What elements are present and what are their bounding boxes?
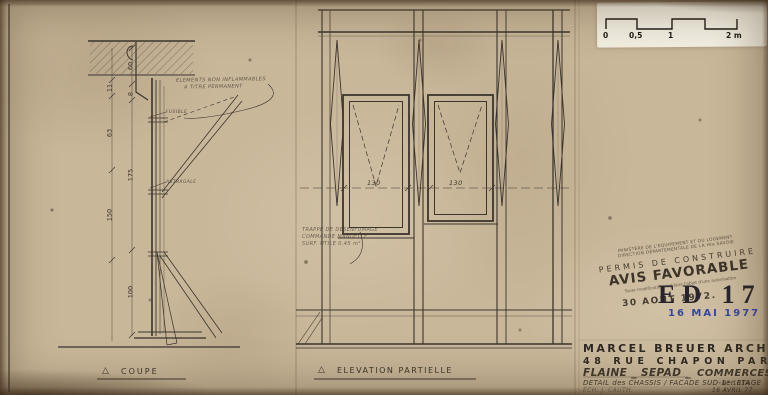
dim-11: 11 (106, 84, 113, 92)
scale-tick-05: 0,5 (629, 32, 642, 41)
dim-175: 175 (127, 169, 134, 181)
coupe-note-line2: A TITRE PERMANENT (184, 84, 243, 91)
dim-63: 63 (106, 129, 113, 137)
elevation-dim-130-right: 130 (449, 180, 463, 187)
scale-tick-2m: 2 m (726, 32, 742, 41)
dim-8: 8 (127, 92, 134, 96)
coupe-section-mark-icon: △ (102, 366, 109, 376)
dim-100: 100 (127, 286, 134, 298)
title-architect: MARCEL BREUER ARCHITECTE (583, 343, 768, 356)
title-date: 16 AVRIL 77 (712, 388, 753, 395)
dim-150: 150 (106, 209, 113, 221)
dim-60: 60 (127, 62, 134, 70)
scale-bar (606, 19, 737, 29)
elevation-note-line2: COMMANDE MANUELLE (302, 235, 368, 241)
elevation-note-line1: TRAPPE DE DESENFUMAGE (302, 228, 378, 234)
scale-tick-0: 0 (603, 32, 608, 41)
scanned-drawing-sheet: 0 0,5 1 2 m ELEMENTS NON INFLAMMABLES A … (0, 0, 768, 395)
coupe-tag-astragale: ASTRAGALE (166, 180, 196, 185)
elevation-title: ELEVATION PARTIELLE (337, 366, 453, 375)
elevation-dim-130-left: 130 (367, 180, 381, 187)
drawing-linework (0, 0, 768, 395)
elevation-section-mark-icon: △ (318, 365, 325, 375)
registry-stamp-date: 16 MAI 1977 (668, 308, 760, 320)
coupe-tag-fusible: FUSIBLE (166, 110, 187, 115)
title-project: FLAINE _ SEPAD _ (583, 367, 691, 379)
registry-stamp-code: ED 17 (658, 280, 762, 310)
title-signature: ECH. J. CAUTH. (583, 388, 633, 395)
coupe-title: COUPE (121, 367, 159, 376)
elevation-note-line3: SURF. UTILE 0,45 m² (302, 242, 361, 248)
scale-tick-1: 1 (668, 32, 673, 41)
title-program: COMMERCES H (697, 368, 768, 380)
elevation-drawing (296, 10, 572, 348)
